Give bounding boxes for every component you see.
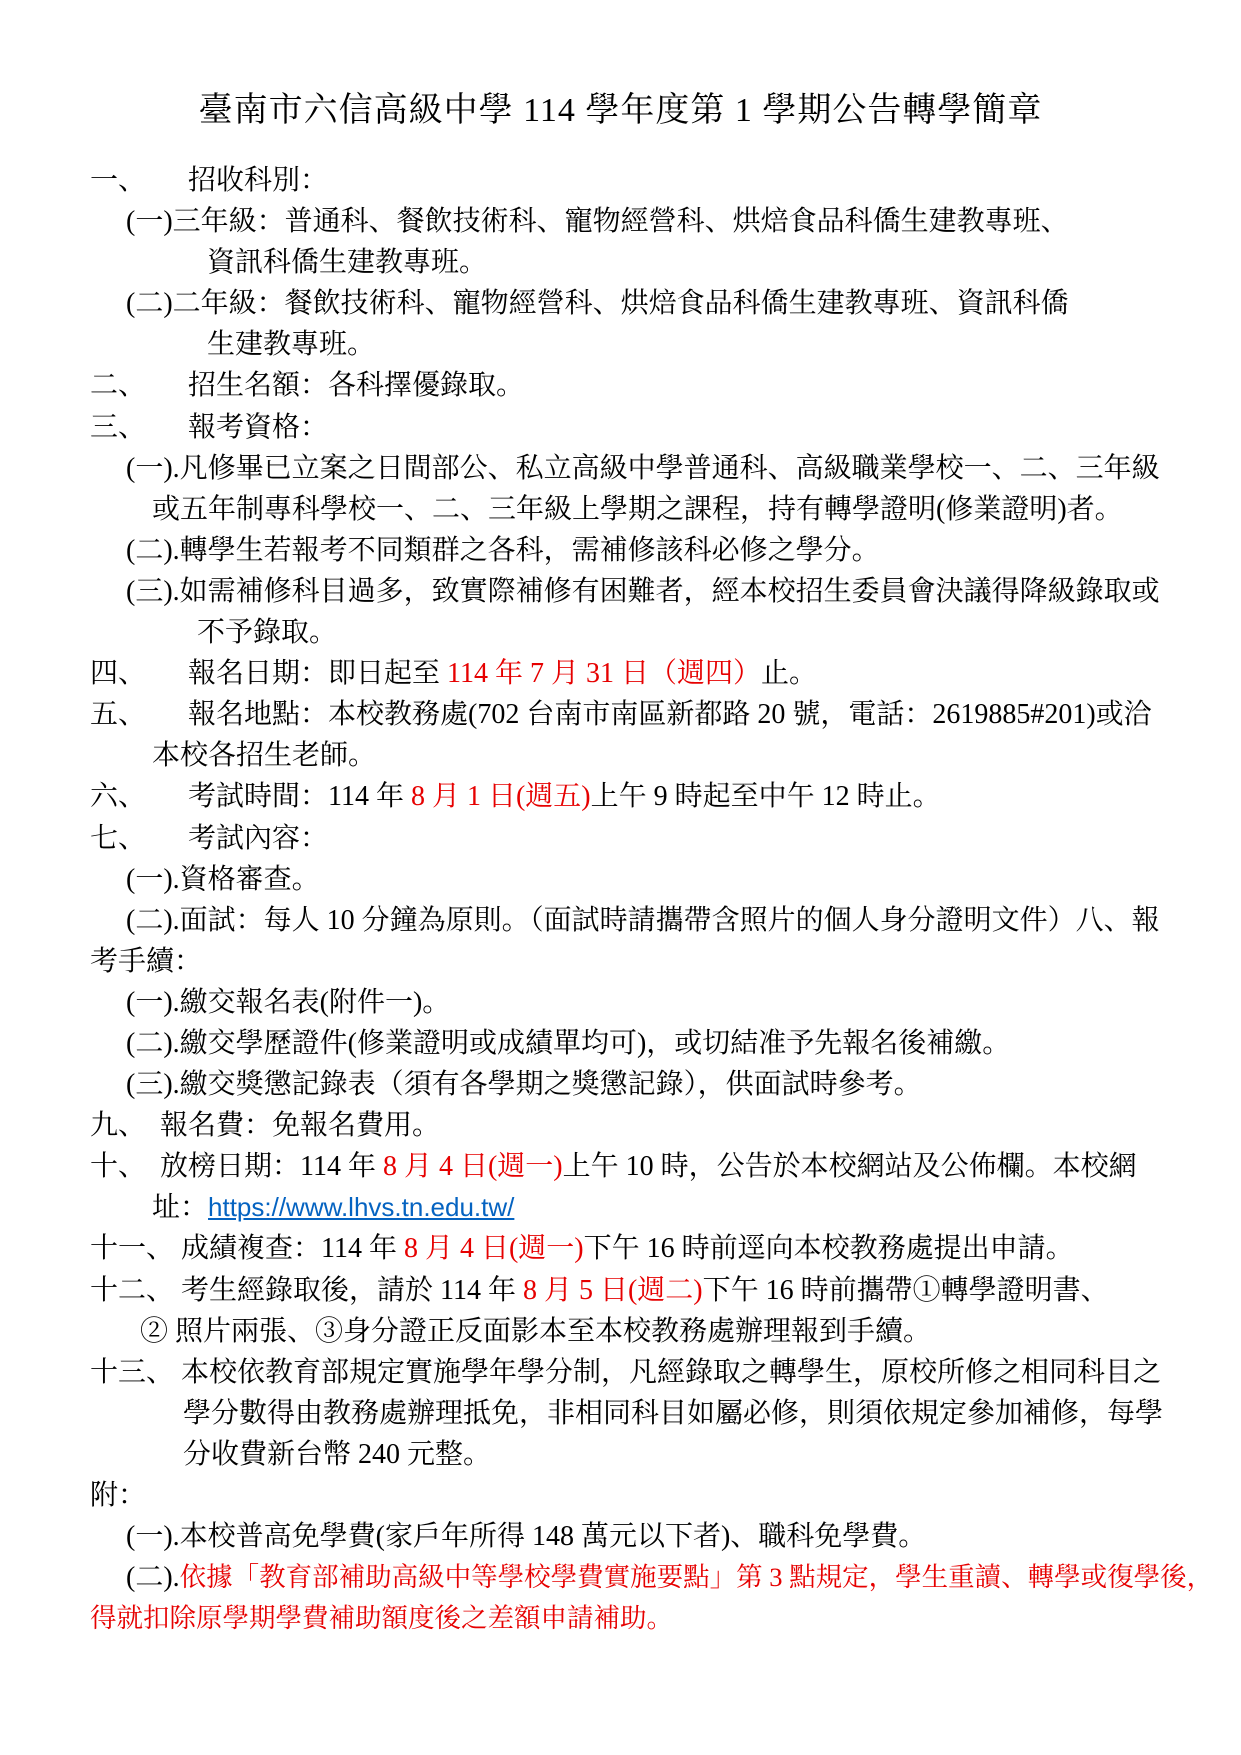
text-run: 生建教專班。 — [207, 329, 375, 360]
text-run: 三、 報考資格： — [90, 412, 328, 443]
text-run: 或五年制專科學校一、二、三年級上學期之課程，持有轉學證明(修業證明)者。 — [152, 494, 1123, 525]
text-line: 七、 考試內容： — [0, 818, 1241, 859]
text-line: 或五年制專科學校一、二、三年級上學期之課程，持有轉學證明(修業證明)者。 — [0, 489, 1241, 530]
text-run: 七、 考試內容： — [90, 823, 328, 854]
document-body: 一、 招收科別：(一)三年級：普通科、餐飲技術科、寵物經營科、烘焙食品科僑生建教… — [0, 160, 1241, 1639]
text-run: (二).繳交學歷證件(修業證明或成績單均可)，或切結准予先報名後補繳。 — [126, 1028, 1010, 1059]
text-run: 九、 報名費：免報名費用。 — [90, 1110, 440, 1141]
text-line: (二).轉學生若報考不同類群之各科，需補修該科必修之學分。 — [0, 530, 1241, 571]
text-line: 資訊科僑生建教專班。 — [0, 242, 1241, 283]
highlighted-text-run: 8 月 5 日(週二) — [523, 1275, 703, 1306]
text-run: 址： — [152, 1192, 208, 1223]
text-run: 十、 放榜日期：114 年 — [90, 1151, 383, 1182]
text-run: 四、 報名日期：即日起至 — [90, 658, 447, 689]
text-run: 分收費新台幣 240 元整。 — [183, 1439, 491, 1470]
text-line: 分收費新台幣 240 元整。 — [0, 1434, 1241, 1475]
text-line: 二、 招生名額：各科擇優錄取。 — [0, 365, 1241, 406]
text-line: 一、 招收科別： — [0, 160, 1241, 201]
text-line: (一).凡修畢已立案之日間部公、私立高級中學普通科、高級職業學校一、二、三年級 — [0, 448, 1241, 489]
text-line: 五、 報名地點：本校教務處(702 台南市南區新都路 20 號，電話：26198… — [0, 694, 1241, 735]
text-run: 學分數得由教務處辦理抵免，非相同科目如屬必修，則須依規定參加補修，每學 — [183, 1398, 1163, 1429]
highlighted-text-run: 得就扣除原學期學費補助額度後之差額申請補助。 — [90, 1603, 673, 1633]
page-title: 臺南市六信高級中學 114 學年度第 1 學期公告轉學簡章 — [0, 0, 1241, 134]
text-line: (二).繳交學歷證件(修業證明或成績單均可)，或切結准予先報名後補繳。 — [0, 1023, 1241, 1064]
text-run: ② 照片兩張、③身分證正反面影本至本校教務處辦理報到手續。 — [140, 1316, 931, 1347]
text-line: 十、 放榜日期：114 年 8 月 4 日(週一)上午 10 時，公告於本校網站… — [0, 1146, 1241, 1187]
text-run: 十二、 考生經錄取後，請於 114 年 — [90, 1275, 523, 1306]
highlighted-text-run: 8 月 1 日(週五) — [411, 781, 591, 812]
text-line: 址：https://www.lhvs.tn.edu.tw/ — [0, 1187, 1241, 1228]
school-website-link[interactable]: https://www.lhvs.tn.edu.tw/ — [208, 1192, 514, 1222]
text-run: 下午 16 時前攜帶①轉學證明書、 — [703, 1275, 1109, 1306]
text-run: 上午 10 時，公告於本校網站及公佈欄。本校網 — [563, 1151, 1137, 1182]
text-line: 九、 報名費：免報名費用。 — [0, 1105, 1241, 1146]
text-run: 二、 招生名額：各科擇優錄取。 — [90, 370, 524, 401]
text-run: 附： — [90, 1480, 146, 1511]
text-run: (二).面試：每人 10 分鐘為原則。（面試時請攜帶含照片的個人身分證明文件）八… — [126, 905, 1160, 936]
text-run: 止。 — [761, 658, 817, 689]
text-line: 學分數得由教務處辦理抵免，非相同科目如屬必修，則須依規定參加補修，每學 — [0, 1393, 1241, 1434]
text-line: (三).如需補修科目過多，致實際補修有困難者，經本校招生委員會決議得降級錄取或 — [0, 571, 1241, 612]
text-run: 一、 招收科別： — [90, 165, 328, 196]
text-line: 十一、 成績複查：114 年 8 月 4 日(週一)下午 16 時前逕向本校教務… — [0, 1228, 1241, 1269]
text-run: (一).本校普高免學費(家戶年所得 148 萬元以下者)、職科免學費。 — [126, 1521, 926, 1552]
text-line: 附： — [0, 1475, 1241, 1516]
text-run: 上午 9 時起至中午 12 時止。 — [591, 781, 941, 812]
text-run: (三).如需補修科目過多，致實際補修有困難者，經本校招生委員會決議得降級錄取或 — [126, 576, 1160, 607]
highlighted-text-run: 8 月 4 日(週一) — [404, 1233, 584, 1264]
text-line: 十三、 本校依教育部規定實施學年學分制，凡經錄取之轉學生，原校所修之相同科目之 — [0, 1352, 1241, 1393]
text-run: (一).繳交報名表(附件一)。 — [126, 987, 450, 1018]
text-line: 考手續： — [0, 941, 1241, 982]
text-line: (三).繳交獎懲記錄表（須有各學期之獎懲記錄），供面試時參考。 — [0, 1064, 1241, 1105]
text-line: (一)三年級：普通科、餐飲技術科、寵物經營科、烘焙食品科僑生建教專班、 — [0, 201, 1241, 242]
text-line: 不予錄取。 — [0, 612, 1241, 653]
text-line: (一).本校普高免學費(家戶年所得 148 萬元以下者)、職科免學費。 — [0, 1516, 1241, 1557]
text-run: 六、 考試時間：114 年 — [90, 781, 411, 812]
text-line: (二).依據「教育部補助高級中等學校學費實施要點」第 3 點規定，學生重讀、轉學… — [0, 1557, 1241, 1598]
text-line: 四、 報名日期：即日起至 114 年 7 月 31 日（週四）止。 — [0, 653, 1241, 694]
text-line: 本校各招生老師。 — [0, 735, 1241, 776]
document-page: 臺南市六信高級中學 114 學年度第 1 學期公告轉學簡章 一、 招收科別：(一… — [0, 0, 1241, 1755]
text-line: (一).繳交報名表(附件一)。 — [0, 982, 1241, 1023]
text-run: 不予錄取。 — [197, 617, 337, 648]
text-run: (二).轉學生若報考不同類群之各科，需補修該科必修之學分。 — [126, 535, 880, 566]
text-line: (一).資格審查。 — [0, 859, 1241, 900]
highlighted-text-run: 8 月 4 日(週一) — [383, 1151, 563, 1182]
text-run: 資訊科僑生建教專班。 — [207, 247, 487, 278]
text-run: 考手續： — [90, 946, 202, 977]
text-line: ② 照片兩張、③身分證正反面影本至本校教務處辦理報到手續。 — [0, 1311, 1241, 1352]
text-run: (一).凡修畢已立案之日間部公、私立高級中學普通科、高級職業學校一、二、三年級 — [126, 453, 1160, 484]
text-run: (三).繳交獎懲記錄表（須有各學期之獎懲記錄），供面試時參考。 — [126, 1069, 922, 1100]
text-line: 生建教專班。 — [0, 324, 1241, 365]
text-line: (二)二年級：餐飲技術科、寵物經營科、烘焙食品科僑生建教專班、資訊科僑 — [0, 283, 1241, 324]
text-run: (二)二年級：餐飲技術科、寵物經營科、烘焙食品科僑生建教專班、資訊科僑 — [126, 288, 1069, 319]
highlighted-text-run: 依據「教育部補助高級中等學校學費實施要點」第 3 點規定，學生重讀、轉學或復學後… — [180, 1562, 1214, 1592]
text-line: 六、 考試時間：114 年 8 月 1 日(週五)上午 9 時起至中午 12 時… — [0, 776, 1241, 817]
text-line: 得就扣除原學期學費補助額度後之差額申請補助。 — [0, 1598, 1241, 1639]
highlighted-text-run: 114 年 7 月 31 日（週四） — [447, 658, 761, 689]
text-line: 十二、 考生經錄取後，請於 114 年 8 月 5 日(週二)下午 16 時前攜… — [0, 1270, 1241, 1311]
text-run: 五、 報名地點：本校教務處(702 台南市南區新都路 20 號，電話：26198… — [90, 699, 1152, 730]
text-run: 十一、 成績複查：114 年 — [90, 1233, 404, 1264]
text-run: 本校各招生老師。 — [152, 740, 376, 771]
text-run: (一).資格審查。 — [126, 864, 320, 895]
text-run: (一)三年級：普通科、餐飲技術科、寵物經營科、烘焙食品科僑生建教專班、 — [126, 206, 1069, 237]
text-run: 下午 16 時前逕向本校教務處提出申請。 — [584, 1233, 1074, 1264]
text-line: (二).面試：每人 10 分鐘為原則。（面試時請攜帶含照片的個人身分證明文件）八… — [0, 900, 1241, 941]
text-line: 三、 報考資格： — [0, 407, 1241, 448]
text-run: 十三、 本校依教育部規定實施學年學分制，凡經錄取之轉學生，原校所修之相同科目之 — [90, 1357, 1161, 1388]
text-run: (二). — [126, 1562, 180, 1593]
